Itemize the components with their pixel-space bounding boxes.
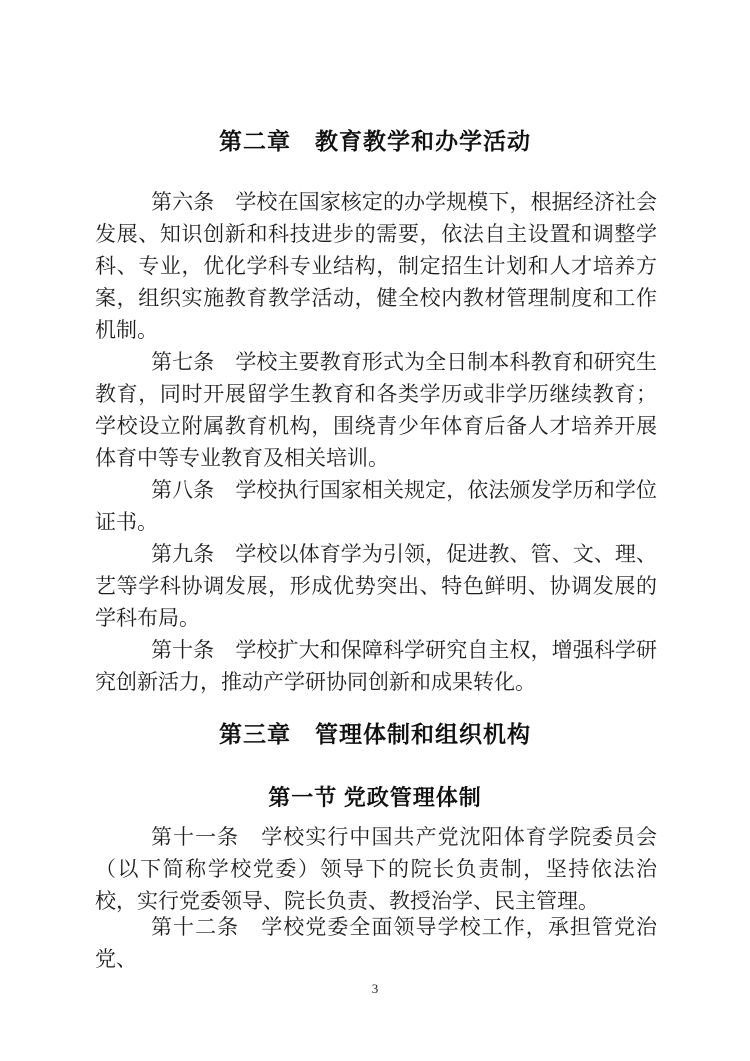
article-9-paragraph: 第九条 学校以体育学为引领，促进教、管、文、理、艺等学科协调发展，形成优势突出、… (95, 538, 657, 634)
section-1-body: 第十一条 学校实行中国共产党沈阳体育学院委员会（以下简称学校党委）领导下的院长负… (95, 821, 657, 917)
section-1-heading: 第一节 党政管理体制 (0, 784, 750, 812)
chapter-2-heading: 第二章 教育教学和办学活动 (0, 127, 750, 157)
article-10-paragraph: 第十条 学校扩大和保障科学研究自主权，增强科学研究创新活力，推动产学研协同创新和… (95, 634, 657, 698)
article-8-paragraph: 第八条 学校执行国家相关规定，依法颁发学历和学位证书。 (95, 474, 657, 538)
article-12-paragraph: 第十二条 学校党委全面领导学校工作，承担管党治党、 (95, 911, 657, 975)
chapter-3-heading: 第三章 管理体制和组织机构 (0, 720, 750, 750)
chapter-2-body: 第六条 学校在国家核定的办学规模下，根据经济社会发展、知识创新和科技进步的需要，… (95, 186, 657, 698)
document-page: 第二章 教育教学和办学活动 第六条 学校在国家核定的办学规模下，根据经济社会发展… (0, 0, 750, 1061)
article-7-paragraph: 第七条 学校主要教育形式为全日制本科教育和研究生教育，同时开展留学生教育和各类学… (95, 346, 657, 474)
article-11-paragraph: 第十一条 学校实行中国共产党沈阳体育学院委员会（以下简称学校党委）领导下的院长负… (95, 821, 657, 917)
article-6-paragraph: 第六条 学校在国家核定的办学规模下，根据经济社会发展、知识创新和科技进步的需要，… (95, 186, 657, 346)
page-number: 3 (0, 981, 750, 997)
article-12-body: 第十二条 学校党委全面领导学校工作，承担管党治党、 (95, 911, 657, 975)
